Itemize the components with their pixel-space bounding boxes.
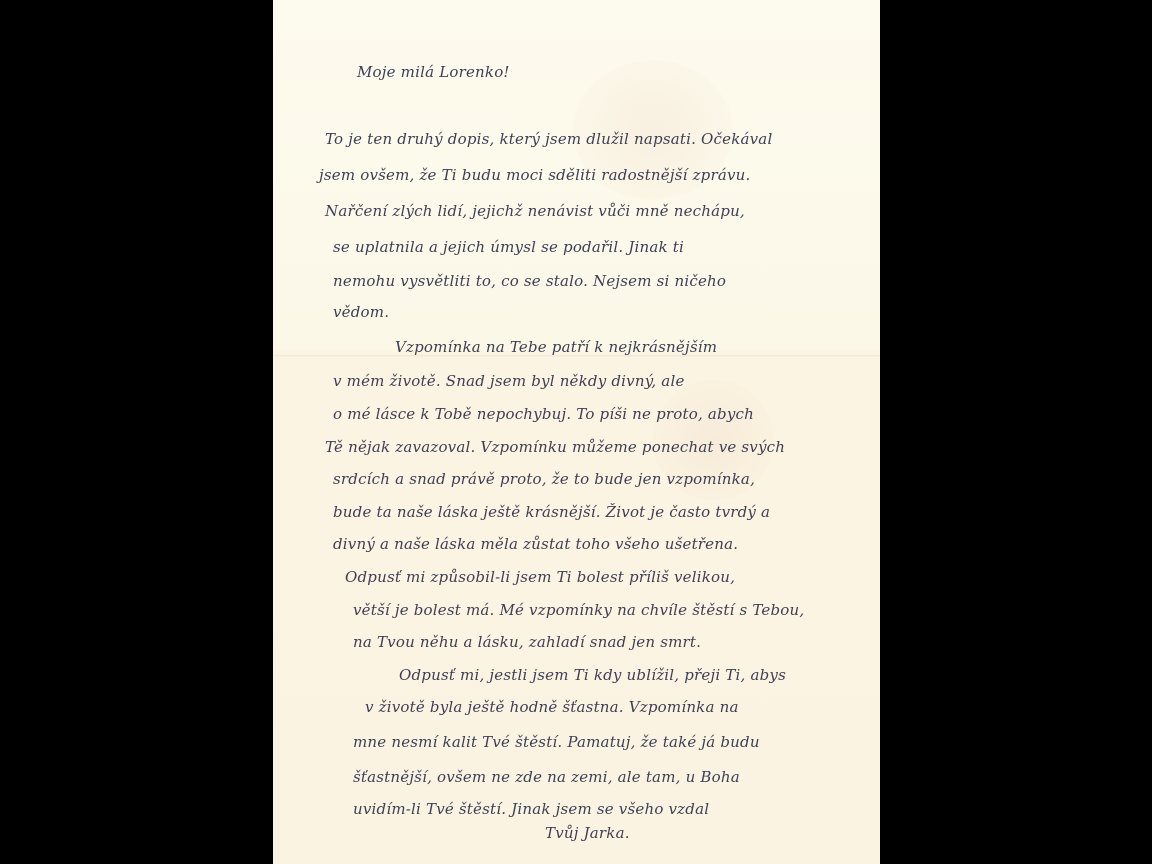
letter-line: větší je bolest má. Mé vzpomínky na chví…: [353, 601, 804, 619]
letter-line: šťastnější, ovšem ne zde na zemi, ale ta…: [353, 768, 740, 786]
letter-line: na Tvou něhu a lásku, zahladí snad jen s…: [353, 633, 701, 651]
letter-line: srdcích a snad právě proto, že to bude j…: [333, 470, 755, 488]
letter-line: v životě byla ještě hodně šťastna. Vzpom…: [365, 698, 739, 716]
letter-line: Nařčení zlých lidí, jejichž nenávist vůč…: [325, 202, 745, 220]
letter-line: v mém životě. Snad jsem byl někdy divný,…: [333, 372, 685, 390]
signature: Tvůj Jarka.: [545, 824, 630, 842]
letter-line: bude ta naše láska ještě krásnější. Živo…: [333, 503, 770, 521]
letter-line: Tě nějak zavazoval. Vzpomínku můžeme pon…: [325, 438, 785, 456]
letter-line: vědom.: [333, 303, 389, 321]
letter-paper: Moje milá Lorenko! To je ten druhý dopis…: [273, 0, 880, 864]
letter-line: divný a naše láska měla zůstat toho všeh…: [333, 535, 738, 553]
letter-line: uvidím-li Tvé štěstí. Jinak jsem se všeh…: [353, 800, 709, 818]
letter-line: Odpusť mi, jestli jsem Ti kdy ublížil, p…: [399, 666, 786, 684]
letter-line: jsem ovšem, že Ti budu moci sděliti rado…: [319, 166, 751, 184]
letter-line: se uplatnila a jejich úmysl se podařil. …: [333, 238, 684, 256]
letter-line: o mé lásce k Tobě nepochybuj. To píši ne…: [333, 405, 754, 423]
letter-line: mne nesmí kalit Tvé štěstí. Pamatuj, že …: [353, 733, 760, 751]
letter-line: Odpusť mi způsobil-li jsem Ti bolest pří…: [345, 568, 735, 586]
letter-line: To je ten druhý dopis, který jsem dlužil…: [325, 130, 772, 148]
letter-line: nemohu vysvětliti to, co se stalo. Nejse…: [333, 272, 726, 290]
letter-line: Vzpomínka na Tebe patří k nejkrásnějším: [395, 338, 717, 356]
salutation: Moje milá Lorenko!: [357, 63, 510, 81]
